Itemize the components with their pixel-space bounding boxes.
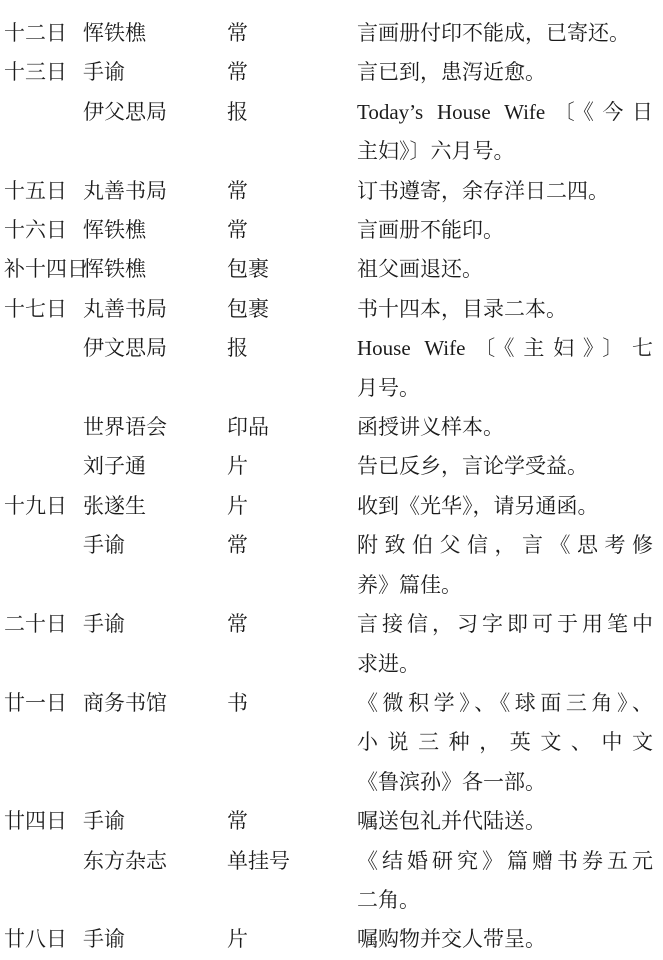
- date-cell: 廿一日: [4, 684, 83, 723]
- sender-cell: 刘子通: [83, 447, 227, 486]
- content-line: 言画册不能印。: [357, 211, 653, 250]
- content-cell: 告已反乡，言论学受益。: [357, 447, 653, 486]
- date-cell: 二十日: [4, 605, 83, 644]
- table-row: 廿八日 手谕 片 嘱购物并交人带呈。: [4, 920, 657, 959]
- mail-type-cell: 常: [227, 14, 357, 53]
- mail-log-table: 十二日 恽铁樵 常 言画册付印不能成，已寄还。 十三日 手谕 常 言已到，患泻近…: [0, 0, 663, 960]
- date-cell: 十五日: [4, 172, 83, 211]
- content-cell: 嘱送包礼并代陆送。: [357, 802, 653, 841]
- table-row: 东方杂志 单挂号 《结婚研究》篇赠书券五元二角。: [4, 842, 657, 921]
- mail-type-cell: 包裹: [227, 290, 357, 329]
- sender-cell: 恽铁樵: [83, 14, 227, 53]
- content-line: 书十四本，目录二本。: [357, 290, 653, 329]
- mail-type-cell: 报: [227, 93, 357, 132]
- content-cell: House Wife〔《主妇》〕七月号。: [357, 329, 653, 408]
- table-row: 十二日 恽铁樵 常 言画册付印不能成，已寄还。: [4, 14, 657, 53]
- content-line: 《微积学》、《球面三角》、: [357, 684, 653, 723]
- mail-type-cell: 常: [227, 526, 357, 565]
- content-line: 附致伯父信，言《思考修: [357, 526, 653, 565]
- table-row: 廿四日 手谕 常 嘱送包礼并代陆送。: [4, 802, 657, 841]
- content-cell: 书十四本，目录二本。: [357, 290, 653, 329]
- mail-type-cell: 片: [227, 487, 357, 526]
- content-line: House Wife〔《主妇》〕七: [357, 329, 653, 368]
- sender-cell: 张遂生: [83, 487, 227, 526]
- sender-cell: 手谕: [83, 526, 227, 565]
- mail-type-cell: 常: [227, 605, 357, 644]
- sender-cell: 手谕: [83, 920, 227, 959]
- content-line: 月号。: [357, 369, 653, 408]
- table-row: 世界语会 印品 函授讲义样本。: [4, 408, 657, 447]
- content-line: 言已到，患泻近愈。: [357, 53, 653, 92]
- content-line: 主妇》〕六月号。: [357, 132, 653, 171]
- sender-cell: 恽铁樵: [83, 250, 227, 289]
- mail-type-cell: 常: [227, 172, 357, 211]
- mail-type-cell: 片: [227, 920, 357, 959]
- content-cell: Today’s House Wife〔《今日主妇》〕六月号。: [357, 93, 653, 172]
- date-cell: 十九日: [4, 487, 83, 526]
- content-line: 小说三种，英文、中文: [357, 723, 653, 762]
- mail-type-cell: 书: [227, 684, 357, 723]
- content-line: 收到《光华》，请另通函。: [357, 487, 653, 526]
- table-row: 补十四日 恽铁樵 包裹 祖父画退还。: [4, 250, 657, 289]
- content-cell: 言接信，习字即可于用笔中求进。: [357, 605, 653, 684]
- sender-cell: 手谕: [83, 605, 227, 644]
- table-row: 伊文思局 报 House Wife〔《主妇》〕七月号。: [4, 329, 657, 408]
- date-cell: 十三日: [4, 53, 83, 92]
- table-row: 十六日 恽铁樵 常 言画册不能印。: [4, 211, 657, 250]
- table-row: 廿一日 商务书馆 书 《微积学》、《球面三角》、小说三种，英文、中文《鲁滨孙》各…: [4, 684, 657, 802]
- content-line: 《鲁滨孙》各一部。: [357, 763, 653, 802]
- content-cell: 订书遵寄，余存洋日二四。: [357, 172, 653, 211]
- table-row: 伊父思局 报 Today’s House Wife〔《今日主妇》〕六月号。: [4, 93, 657, 172]
- content-line: Today’s House Wife〔《今日: [357, 93, 653, 132]
- sender-cell: 商务书馆: [83, 684, 227, 723]
- mail-type-cell: 常: [227, 802, 357, 841]
- content-line: 《结婚研究》篇赠书券五元: [357, 842, 653, 881]
- mail-type-cell: 包裹: [227, 250, 357, 289]
- content-line: 祖父画退还。: [357, 250, 653, 289]
- content-line: 言画册付印不能成，已寄还。: [357, 14, 653, 53]
- date-cell: 廿八日: [4, 920, 83, 959]
- date-cell: 廿四日: [4, 802, 83, 841]
- content-line: 嘱购物并交人带呈。: [357, 920, 653, 959]
- table-row: 二十日 手谕 常 言接信，习字即可于用笔中求进。: [4, 605, 657, 684]
- content-cell: 《微积学》、《球面三角》、小说三种，英文、中文《鲁滨孙》各一部。: [357, 684, 653, 802]
- mail-type-cell: 报: [227, 329, 357, 368]
- content-line: 函授讲义样本。: [357, 408, 653, 447]
- content-cell: 言画册付印不能成，已寄还。: [357, 14, 653, 53]
- mail-type-cell: 片: [227, 447, 357, 486]
- content-line: 二角。: [357, 881, 653, 920]
- content-cell: 《结婚研究》篇赠书券五元二角。: [357, 842, 653, 921]
- date-cell: 十七日: [4, 290, 83, 329]
- content-cell: 祖父画退还。: [357, 250, 653, 289]
- sender-cell: 伊父思局: [83, 93, 227, 132]
- content-line: 嘱送包礼并代陆送。: [357, 802, 653, 841]
- sender-cell: 手谕: [83, 802, 227, 841]
- date-cell: 补十四日: [4, 250, 83, 289]
- table-row: 手谕 常 附致伯父信，言《思考修养》篇佳。: [4, 526, 657, 605]
- sender-cell: 伊文思局: [83, 329, 227, 368]
- content-line: 告已反乡，言论学受益。: [357, 447, 653, 486]
- content-cell: 收到《光华》，请另通函。: [357, 487, 653, 526]
- mail-type-cell: 印品: [227, 408, 357, 447]
- content-cell: 附致伯父信，言《思考修养》篇佳。: [357, 526, 653, 605]
- table-row: 十七日 丸善书局 包裹 书十四本，目录二本。: [4, 290, 657, 329]
- sender-cell: 丸善书局: [83, 290, 227, 329]
- mail-type-cell: 常: [227, 211, 357, 250]
- content-cell: 函授讲义样本。: [357, 408, 653, 447]
- content-cell: 言已到，患泻近愈。: [357, 53, 653, 92]
- content-cell: 嘱购物并交人带呈。: [357, 920, 653, 959]
- date-cell: 十二日: [4, 14, 83, 53]
- date-cell: 十六日: [4, 211, 83, 250]
- content-line: 求进。: [357, 645, 653, 684]
- mail-type-cell: 常: [227, 53, 357, 92]
- sender-cell: 手谕: [83, 53, 227, 92]
- table-row: 十三日 手谕 常 言已到，患泻近愈。: [4, 53, 657, 92]
- table-row: 刘子通 片 告已反乡，言论学受益。: [4, 447, 657, 486]
- sender-cell: 恽铁樵: [83, 211, 227, 250]
- table-row: 十九日 张遂生 片 收到《光华》，请另通函。: [4, 487, 657, 526]
- sender-cell: 世界语会: [83, 408, 227, 447]
- content-cell: 言画册不能印。: [357, 211, 653, 250]
- mail-type-cell: 单挂号: [227, 842, 357, 881]
- page: { "page": { "background": "#ffffff", "te…: [0, 0, 663, 960]
- sender-cell: 丸善书局: [83, 172, 227, 211]
- sender-cell: 东方杂志: [83, 842, 227, 881]
- content-line: 养》篇佳。: [357, 566, 653, 605]
- content-line: 订书遵寄，余存洋日二四。: [357, 172, 653, 211]
- content-line: 言接信，习字即可于用笔中: [357, 605, 653, 644]
- table-row: 十五日 丸善书局 常 订书遵寄，余存洋日二四。: [4, 172, 657, 211]
